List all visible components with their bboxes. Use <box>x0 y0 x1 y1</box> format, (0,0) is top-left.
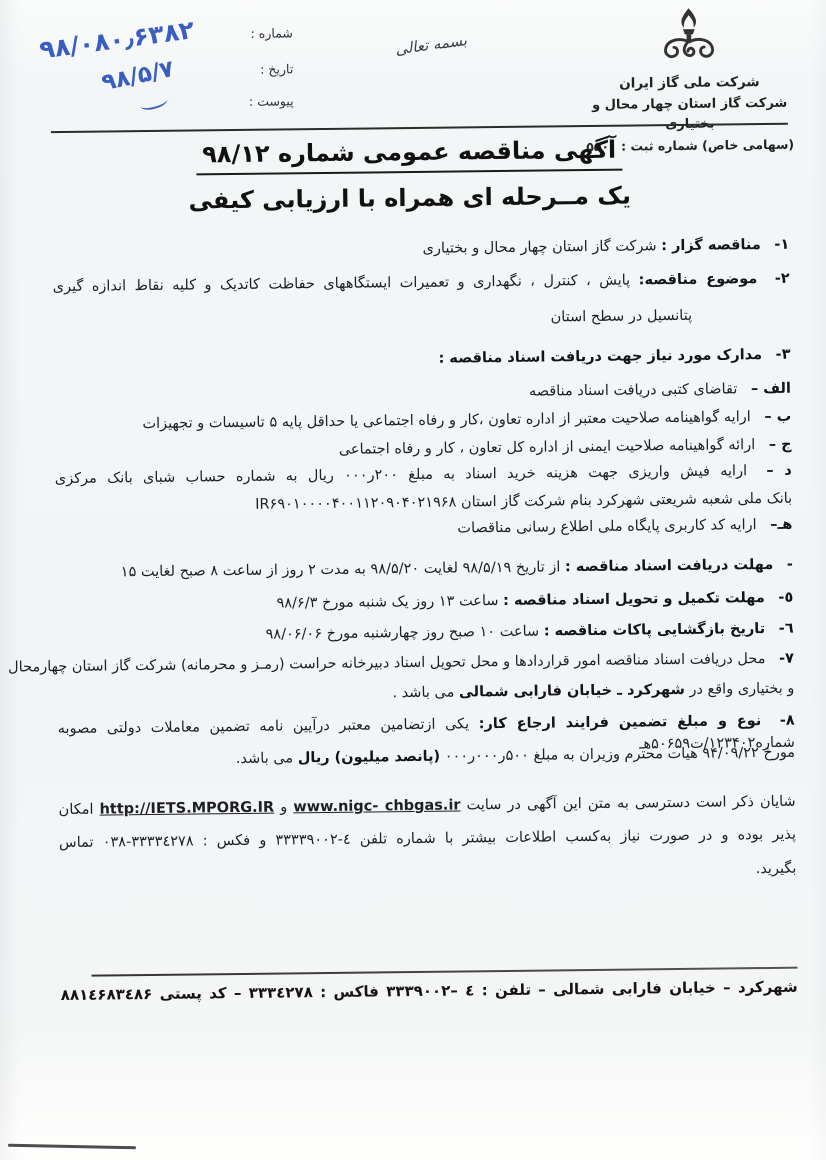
sub-item-dal: د – ارایه فیش واریزی جهت هزینه خرید اسنا… <box>55 460 792 490</box>
item-2-label: موضوع مناقصه: <box>639 271 758 288</box>
sub-item-jim-letter: ج – <box>769 437 792 453</box>
item-8-cont-post: می باشد. <box>236 750 293 767</box>
sub-item-he-text: ارایه کد کاربری پایگاه ملی اطلاع رسانی م… <box>457 517 756 536</box>
sub-item-dal-continuation: بانک ملی شعبه شریعتی شهرکرد بنام شرکت گا… <box>55 488 792 518</box>
note-line-2: پذیر بوده و در صورت نیاز به‌کسب اطلاعات … <box>59 824 796 854</box>
sub-item-dal-text: ارایه فیش واریزی جهت هزینه خرید اسناد به… <box>55 463 747 487</box>
sub-item-be-letter: ب – <box>764 409 791 425</box>
scan-content: شماره : تاریخ : پیوست : ۹۸/۰۸۰٫۶۳۸۲ ۹۸/۵… <box>0 0 826 1160</box>
item-4-label: مهلت دریافت اسناد مناقصه : <box>565 557 773 575</box>
sub-item-be: ب – ارایه گواهینامه صلاحیت معتبر از ادار… <box>54 406 791 436</box>
item-8-label: نوع و مبلغ تضمین فرایند ارجاع کار: <box>479 713 762 732</box>
item-3-label: مدارک مورد نیاز جهت دریافت اسناد مناقصه … <box>438 347 762 367</box>
item-7-continuation: و بختیاری واقع در شهرکرد ـ خیابان فارابی… <box>57 678 794 708</box>
sub-item-alef-letter: الف – <box>751 381 791 397</box>
item-2-number: ۲- <box>775 271 790 287</box>
item-8-cont-pre: مورخ ۹۴/۰۹/۲۲ هیات محترم وزیران به مبلغ … <box>445 745 795 765</box>
item-1-label: مناقصه گزار : <box>661 237 761 254</box>
bank-branch-text: بانک ملی شعبه شریعتی شهرکرد بنام شرکت گا… <box>461 491 792 511</box>
item-3-number: ۳- <box>776 347 791 363</box>
item-4-dash: - <box>787 557 793 573</box>
item-2-text: پایش ، کنترل ، نگهداری و تعمیرات ایستگاه… <box>53 273 631 296</box>
item-6-label: تاریخ بازگشایی پاکات مناقصه : <box>544 621 766 640</box>
item-5-text: ساعت ۱۳ روز یک شنبه مورخ ۹۸/۶/۳ <box>276 593 498 612</box>
item-5-label: مهلت تکمیل و تحویل اسناد مناقصه : <box>503 590 765 609</box>
sub-item-alef-text: تقاضای کتبی دریافت اسناد مناقصه <box>529 381 738 399</box>
sub-item-he: هـ– ارایه کد کاربری پایگاه ملی اطلاع رسا… <box>55 514 792 544</box>
sheba-iban-number: IR۶۹۰۱۰۰۰۰۴۰۰۱۱۲۰۹۰۴۰۲۱۹۶۸ <box>255 495 456 513</box>
item-2-continuation: پتانسیل در سطح استان <box>53 304 790 334</box>
scan-bottom-fade <box>0 1116 826 1160</box>
item-6-text: ساعت ۱۰ صبح روز چهارشنبه مورخ ۹۸/۰۶/۰۶ <box>265 624 539 643</box>
sub-item-alef: الف – تقاضای کتبی دریافت اسناد مناقصه <box>54 378 791 408</box>
item-3: ۳- مدارک مورد نیاز جهت دریافت اسناد مناق… <box>53 344 790 374</box>
item-7-cont-post: می باشد . <box>392 685 454 702</box>
item-8-number: ۸- <box>780 713 795 729</box>
item-6-number: ٦- <box>779 621 794 637</box>
item-7-address-bold: شهرکرد ـ خیابان فارابی شمالی <box>459 682 685 701</box>
item-7-location: ۷- محل دریافت اسناد مناقصه امور قرارداده… <box>57 648 794 678</box>
note-conjunction: و <box>280 799 287 815</box>
sub-item-dal-letter: د – <box>766 463 792 479</box>
note-post: امکان <box>59 802 94 818</box>
sub-item-jim-text: ارائه گواهینامه صلاحیت ایمنی از اداره کل… <box>339 437 756 458</box>
note-line-3: بگیرید. <box>59 858 796 888</box>
item-1-text: شرکت گاز استان چهار محال و بختیاری <box>423 238 657 257</box>
item-7-number: ۷- <box>779 651 794 667</box>
sub-item-be-text: ارایه گواهینامه صلاحیت معتبر از اداره تع… <box>142 409 750 432</box>
item-5-submission-deadline: ٥- مهلت تکمیل و تحویل اسناد مناقصه : ساع… <box>56 587 793 617</box>
sub-item-he-letter: هـ– <box>770 517 792 533</box>
item-4-text: از تاریخ ۹۸/۵/۱۹ لغایت ۹۸/۵/۲۰ به مدت ۲ … <box>121 559 561 580</box>
note-pre: شایان ذکر است دسترسی به متن این آگهی در … <box>466 794 795 814</box>
item-5-number: ٥- <box>778 590 793 606</box>
scanned-tender-document: شماره : تاریخ : پیوست : ۹۸/۰۸۰٫۶۳۸۲ ۹۸/۵… <box>0 0 826 1160</box>
item-4-document-deadline: - مهلت دریافت اسناد مناقصه : از تاریخ ۹۸… <box>56 554 793 584</box>
sub-item-jim: ج – ارائه گواهینامه صلاحیت ایمنی از ادار… <box>54 434 791 464</box>
item-1-number: ۱- <box>774 237 789 253</box>
item-2: ۲- موضوع مناقصه: پایش ، کنترل ، نگهداری … <box>53 268 790 298</box>
item-6-opening-date: ٦- تاریخ بازگشایی پاکات مناقصه : ساعت ۱۰… <box>57 618 794 648</box>
item-1: ۱- مناقصه گزار : شرکت گاز استان چهار محا… <box>52 234 789 264</box>
item-7-text: محل دریافت اسناد مناقصه امور قراردادها و… <box>8 651 766 676</box>
guarantee-amount-bold: (پانصد میلیون) ریال <box>298 749 441 767</box>
item-7-cont-pre: و بختیاری واقع در <box>689 681 794 698</box>
website-url-chbgas: www.nigc- chbgas.ir <box>293 797 460 815</box>
website-url-iets: http://IETS.MPORG.IR <box>99 800 274 818</box>
note-line-1: شایان ذکر است دسترسی به متن این آگهی در … <box>59 791 796 821</box>
